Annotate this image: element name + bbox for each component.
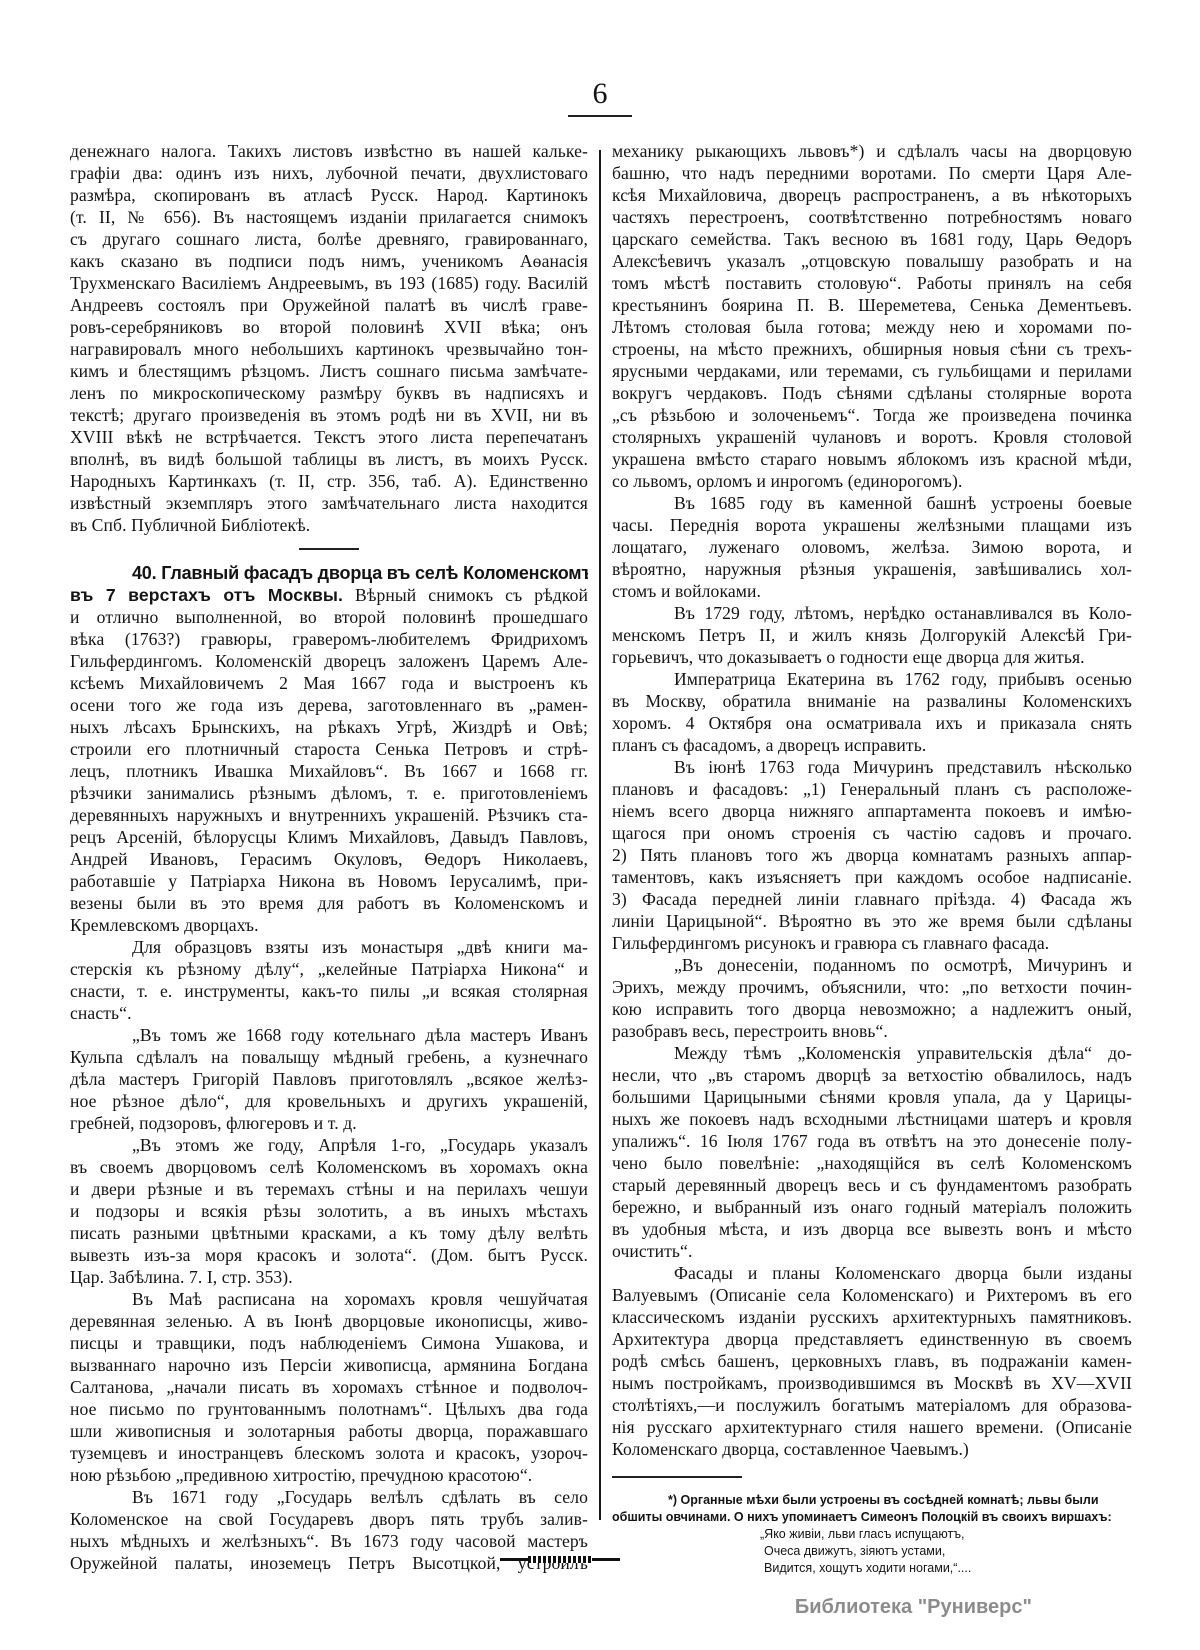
text-line: строены, на мѣсто прежнихъ, обширныя нов… [612,338,1132,360]
text-line: башню, что надъ передними воротами. По с… [612,162,1132,184]
text-line: Народныхъ Картинкахъ (т. II, стр. 356, т… [70,470,588,492]
section-heading-rest: Вѣрный снимокъ съ рѣдкой [343,585,588,605]
text-line: Алексѣевичъ указалъ „отцовскую повалышу … [612,250,1132,272]
text-line: рецъ Арсеній, бѣлорусцы Климъ Михайловъ,… [70,826,588,848]
text-line: несли, что „въ старомъ дворцѣ за ветхост… [612,1064,1132,1086]
text-line: бережно, и выбранный изъ онаго годный ма… [612,1196,1132,1218]
text-line: ныхъ лѣсахъ Брынскихъ, на рѣкахъ Угрѣ, Ж… [70,716,588,738]
text-line: Фасады и планы Коломенскаго дворца были … [612,1262,1132,1284]
text-line: Въ іюнѣ 1763 года Мичуринъ представилъ н… [612,756,1132,778]
text-line: везены были въ это время для работъ въ К… [70,892,588,914]
text-line: вѣроятно, наружныя рѣзныя украшенія, зав… [612,558,1132,580]
text-line: туземцевъ и иностранцевъ блескомъ золота… [70,1442,588,1464]
text-line: Эрихъ, между прочимъ, объяснили, что: „п… [612,976,1132,998]
text-line: столярныхъ украшеній чулановъ и воротъ. … [612,426,1132,448]
text-line: со львомъ, орломъ и инрогомъ (единорогом… [612,470,1132,492]
text-line: лецъ, плотникъ Ивашка Михайловъ“. Въ 166… [70,760,588,782]
text-line: частяхъ перестроенъ, соотвѣтственно потр… [612,206,1132,228]
text-line: часы. Переднія ворота украшены желѣзными… [612,514,1132,536]
text-line: механику рыкающихъ львовъ*) и сдѣлалъ ча… [612,140,1132,162]
text-line: 3) Фасада передней линіи главнаго пріѣзд… [612,888,1132,910]
paragraph-palace-history: и отлично выполненной, во второй половин… [70,606,588,936]
text-line: „Въ томъ же 1668 году котельнаго дѣла ма… [70,1024,588,1046]
text-line: Кремлевскомъ дворцахъ. [70,914,588,936]
text-line: Гильфердингомъ рисунокъ и гравюра съ гла… [612,932,1132,954]
text-line: и подзоры и всякія рѣзы золотить, а въ и… [70,1200,588,1222]
paragraph-facades: Фасады и планы Коломенскаго дворца были … [612,1262,1132,1460]
text-line: „съ рѣзьбою и золоченьемъ“. Тогда же про… [612,404,1132,426]
page-number: 6 [0,78,1200,110]
footnote-verse-line: „Яко живіи, льви гласъ испущаютъ, [612,1526,1132,1543]
text-line: награвировалъ много небольшихъ картинокъ… [70,338,588,360]
text-line: вывезть изъ-за моря красокъ и золота“. (… [70,1244,588,1266]
text-line: ленъ по микроскопическому размѣру буквъ … [70,382,588,404]
paragraph-1763: Въ іюнѣ 1763 года Мичуринъ представилъ н… [612,756,1132,954]
text-line: лощатаго, луженаго оловомъ, желѣза. Зимо… [612,536,1132,558]
text-line: вокругъ чердаковъ. Подъ сѣнями сдѣланы с… [612,382,1132,404]
text-line: старый деревянный дворецъ весь и съ фунд… [612,1174,1132,1196]
paragraph-1767: Между тѣмъ „Коломенскія управительскія д… [612,1042,1132,1262]
text-line: „Въ этомъ же году, Апрѣля 1-го, „Государ… [70,1134,588,1156]
text-line: снасть“. [70,1002,588,1024]
text-line: „Въ донесеніи, поданномъ по осмотрѣ, Мич… [612,954,1132,976]
text-line: ныхъ мѣдныхъ и желѣзныхъ“. Въ 1673 году … [70,1530,588,1552]
text-line: ное рѣзное дѣло“, для кровельныхъ и друг… [70,1090,588,1112]
text-line: Въ 1729 году, лѣтомъ, нерѣдко останавлив… [612,602,1132,624]
text-line: дѣла мастеръ Григорій Павловъ приготовля… [70,1068,588,1090]
text-line: Салтанова, „начали писать въ хоромахъ ст… [70,1376,588,1398]
text-line: очистить“. [612,1240,1132,1262]
paragraph-1685: Въ 1685 году въ каменной башнѣ устроены … [612,492,1132,602]
footnote-separator [612,1476,742,1478]
footnote-line: обшиты овчинами. О нихъ упоминаетъ Симео… [612,1509,1132,1526]
text-line: строили его плотничный староста Сенька П… [70,738,588,760]
text-line: Гильфердингомъ. Коломенскій дворецъ зало… [70,650,588,672]
text-line: ною рѣзьбою „предивною хитростію, пречуд… [70,1464,588,1486]
text-line: Андрей Ивановъ, Герасимъ Окуловъ, Ѳедоръ… [70,848,588,870]
text-line: извѣстный экземпляръ этого замѣчательнаг… [70,492,588,514]
text-line: родѣ смѣсь башенъ, церковныхъ главъ, въ … [612,1350,1132,1372]
text-line: чено было повелѣніе: „находящійся въ сел… [612,1152,1132,1174]
text-line: графіи два: одинъ изъ нихъ, лубочной печ… [70,162,588,184]
text-line: планъ съ фасадомъ, а дворецъ исправить. [612,734,1132,756]
text-line: вполнѣ, въ видѣ большой таблицы въ листъ… [70,448,588,470]
column-divider [599,150,601,1520]
section-separator [299,548,359,550]
text-line: ное письмо по грунтованнымъ полотнамъ“. … [70,1398,588,1420]
paragraph-report: „Въ донесеніи, поданномъ по осмотрѣ, Мич… [612,954,1132,1042]
section-heading: 40. Главный фасадъ дворца въ селѣ Коломе… [70,562,588,584]
text-line: (т. II, № 656). Въ настоящемъ изданіи пр… [70,206,588,228]
right-column: механику рыкающихъ львовъ*) и сдѣлалъ ча… [612,140,1132,1577]
text-line: работавшіе у Патріарха Никона въ Новомъ … [70,870,588,892]
paragraph-samples: Для образцовъ взяты изъ монастыря „двѣ к… [70,936,588,1024]
text-line: Императрица Екатерина въ 1762 году, приб… [612,668,1132,690]
paragraph-1668: „Въ томъ же 1668 году котельнаго дѣла ма… [70,1024,588,1134]
text-line: хоромъ. 4 Октября она осматривала ихъ и … [612,712,1132,734]
text-line: Трухменскаго Василіемъ Андреевымъ, въ 19… [70,272,588,294]
text-line: кою исправить того дворца невозможно; а … [612,998,1132,1020]
text-line: Между тѣмъ „Коломенскія управительскія д… [612,1042,1132,1064]
text-line: вѣка (1763?) гравюры, граверомъ-любителе… [70,628,588,650]
paragraph-1729: Въ 1729 году, лѣтомъ, нерѣдко останавлив… [612,602,1132,668]
text-line: упалижъ“. 16 Іюля 1767 года въ отвѣтъ на… [612,1130,1132,1152]
text-line: большими Царицыными сѣнями кровля упала,… [612,1086,1132,1108]
library-watermark: Библиотека "Руниверс" [795,1596,1032,1619]
paragraph-may: Въ Маѣ расписана на хоромахъ кровля чешу… [70,1288,588,1486]
footnote-verse-line: Видится, хощутъ ходити ногами,“.... [612,1560,1132,1577]
text-line: классическомъ изданіи русскихъ архитекту… [612,1306,1132,1328]
text-line: осени того же года изъ дерева, заготовле… [70,694,588,716]
text-line: вызваннаго нарочно изъ Персіи живописца,… [70,1354,588,1376]
text-line: ніемъ всего дворца нижняго аппартамента … [612,800,1132,822]
text-line: линіи Царицыной“. Вѣроятно въ это же вре… [612,910,1132,932]
text-line: какъ сказано въ подписи подъ нимъ, учени… [70,250,588,272]
page-number-rule [568,115,632,117]
text-line: и отлично выполненной, во второй половин… [70,606,588,628]
text-line: въ Спб. Публичной Библіотекѣ. [70,514,588,536]
text-line: нія русскаго архитектурнаго стиля нашего… [612,1416,1132,1438]
text-line: въ удобныя мѣста, и изъ дворца все вывез… [612,1218,1132,1240]
text-line: шли живописныя и золотарныя работы дворц… [70,1420,588,1442]
text-line: и двери рѣзные и въ теремахъ стѣны и на … [70,1178,588,1200]
left-column: денежнаго налога. Такихъ листовъ извѣстн… [70,140,588,1574]
end-ornament [500,1558,620,1561]
text-line: горьевичъ, что доказываетъ о годности ещ… [612,646,1132,668]
text-line: стерскія къ рѣзному дѣлу“, „келейные Пат… [70,958,588,980]
text-line: размѣра, скопированъ въ атласѣ Русск. На… [70,184,588,206]
paragraph-clock: механику рыкающихъ львовъ*) и сдѣлалъ ча… [612,140,1132,492]
text-line: разобравъ весь, перестроить вновь“. [612,1020,1132,1042]
text-line: рѣзчики занимались рѣзнымъ дѣломъ, т. е.… [70,782,588,804]
footnote-line: *) Органные мѣхи были устроены въ сосѣдн… [612,1492,1132,1509]
text-line: Кульпа сдѣлалъ на повалыщу мѣдный гребен… [70,1046,588,1068]
section-heading-bold: въ 7 верстахъ отъ Москвы. [70,585,343,605]
text-line: Цар. Забѣлина. 7. I, стр. 353). [70,1266,588,1288]
text-line: таментовъ, какъ изъясняетъ при каждомъ о… [612,866,1132,888]
text-line: съ другаго сошнаго листа, болѣе древняго… [70,228,588,250]
text-line: Въ Маѣ расписана на хоромахъ кровля чешу… [70,1288,588,1310]
footnote: *) Органные мѣхи были устроены въ сосѣдн… [612,1492,1132,1577]
text-line: ровъ-серебряниковъ во второй половинѣ XV… [70,316,588,338]
text-line: Въ 1671 году „Государь велѣлъ сдѣлать въ… [70,1486,588,1508]
text-line: ксѣя Михайловича, дворецъ распространенъ… [612,184,1132,206]
text-line: Андреевъ состоялъ при Оружейной палатѣ в… [70,294,588,316]
text-line: щагося при ономъ строенія съ частію садо… [612,822,1132,844]
text-line: менскомъ Петръ II, и жилъ князь Долгорук… [612,624,1132,646]
text-line: Валуевымъ (Описаніе села Коломенскаго) и… [612,1284,1132,1306]
text-line: украшена вмѣсто стараго новымъ яблокомъ … [612,448,1132,470]
text-line: въ Москву, обратила вниманіе на развалин… [612,690,1132,712]
text-line: царскаго семейства. Такъ весною въ 1681 … [612,228,1132,250]
text-line: Архитектура дворца представляетъ единств… [612,1328,1132,1350]
text-line: текстѣ; другаго произведенія въ этомъ ро… [70,404,588,426]
section-heading-cont: въ 7 верстахъ отъ Москвы. Вѣрный снимокъ… [70,584,588,606]
text-line: ныхъ же покоевъ надъ всходными лѣстницам… [612,1108,1132,1130]
text-line: денежнаго налога. Такихъ листовъ извѣстн… [70,140,588,162]
text-line: Для образцовъ взяты изъ монастыря „двѣ к… [70,936,588,958]
text-line: Оружейной палаты, иноземецъ Петръ Высотц… [70,1552,588,1574]
text-line: въ своемъ дворцовомъ селѣ Коломенскомъ в… [70,1156,588,1178]
text-line: XVIII вѣкѣ не встрѣчается. Текстъ этого … [70,426,588,448]
text-line: Коломенскаго дворца, составленное Чаевым… [612,1438,1132,1460]
text-line: ярусными чердаками, или теремами, съ гул… [612,360,1132,382]
text-line: гребней, подзоровъ, флюгеровъ и т. д. [70,1112,588,1134]
text-line: столѣтіяхъ,—и послужилъ богатымъ матеріа… [612,1394,1132,1416]
paragraph-april: „Въ этомъ же году, Апрѣля 1-го, „Государ… [70,1134,588,1288]
footnote-verse-line: Очеса движутъ, зіяютъ устами, [612,1543,1132,1560]
paragraph-catherine: Императрица Екатерина въ 1762 году, приб… [612,668,1132,756]
text-line: стомъ и войлоками. [612,580,1132,602]
text-line: деревянная зеленью. А въ Іюнѣ дворцовые … [70,1310,588,1332]
text-line: томъ мѣстѣ поставить столовую“. Работы п… [612,272,1132,294]
text-line: крестьянинъ боярина П. В. Шереметева, Се… [612,294,1132,316]
text-line: писать разными цвѣтными красками, а къ т… [70,1222,588,1244]
text-line: кимъ и блестящимъ рѣзцомъ. Листъ сошнаго… [70,360,588,382]
text-line: плановъ и фасадовъ: „1) Генеральный план… [612,778,1132,800]
text-line: ксѣемъ Михайловичемъ 2 Мая 1667 года и в… [70,672,588,694]
text-line: снасти, т. е. инструменты, какъ-то пилы … [70,980,588,1002]
paragraph-sheet-print: денежнаго налога. Такихъ листовъ извѣстн… [70,140,588,536]
text-line: Въ 1685 году въ каменной башнѣ устроены … [612,492,1132,514]
text-line: писцы и травщики, подъ наблюденіемъ Симо… [70,1332,588,1354]
text-line: нымъ постройкамъ, производившимся въ Мос… [612,1372,1132,1394]
text-line: 2) Пять плановъ того жъ дворца комнатамъ… [612,844,1132,866]
text-line: Лѣтомъ столовая была готова; между нею и… [612,316,1132,338]
text-line: Коломенское на свой Государевъ дворъ пят… [70,1508,588,1530]
text-line: деревянныхъ наружныхъ и внутреннихъ укра… [70,804,588,826]
